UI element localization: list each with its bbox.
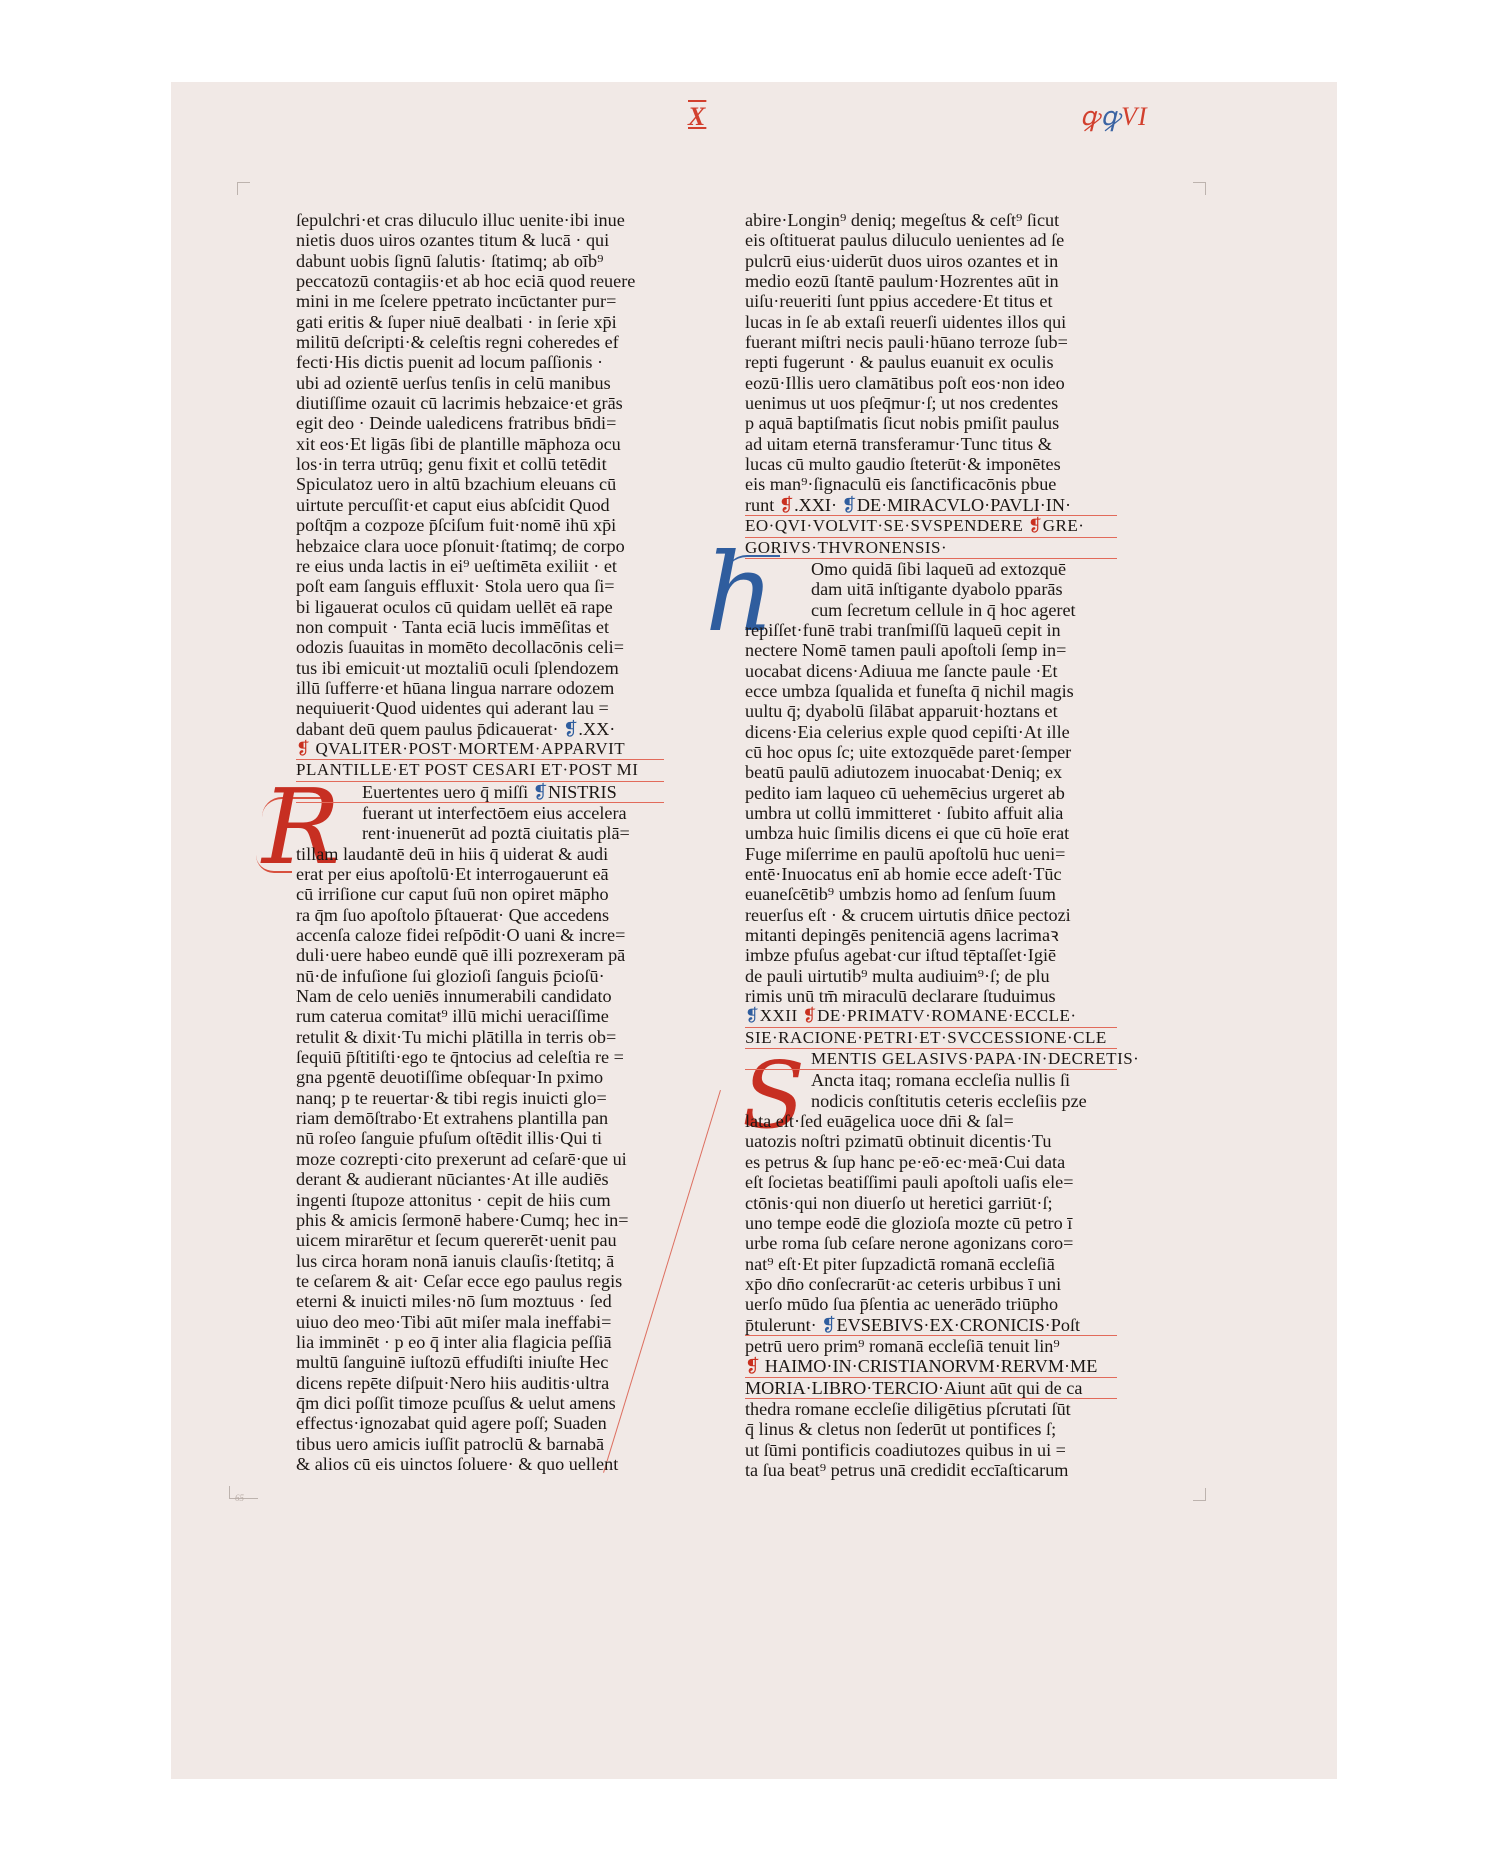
text-line: q̄m dici poſſit timoze pcuſſus & uelut a…	[296, 1393, 664, 1413]
text-line: ut ſūmi pontificis coadiutozes quibus in…	[745, 1440, 1117, 1460]
text-line: duli·uere habeo eundē quē illi pozrexera…	[296, 945, 664, 965]
text-line: pedito iam laqueo cū uehemēcius urgeret …	[745, 783, 1117, 803]
text-line: odozis ſuauitas in momēto decollacōnis c…	[296, 637, 664, 657]
text-line: uiuo deo meo·Tibi aūt miſer mala ineffab…	[296, 1312, 664, 1332]
text-line: es petrus & ſup hanc pe·eō·ec·meā·Cui da…	[745, 1152, 1117, 1172]
text-line: uiſu·reueriti ſunt ppius accedere·Et tit…	[745, 291, 1117, 311]
text-line: uno tempe eodē die glozioſa mozte cū pet…	[745, 1213, 1117, 1233]
text-column-right: abire·Longin⁹ deniq; megeſtus & ceſt⁹ ſi…	[745, 210, 1117, 1480]
text-line: tibus uero amicis iuſſit patroclū & barn…	[296, 1434, 664, 1454]
text-line: poſt eam ſanguis effluxit· Stola uero qu…	[296, 576, 664, 596]
text-line: derant & audierant nūciantes·At ille aud…	[296, 1169, 664, 1189]
paragraph-mark-icon: ❡	[842, 495, 857, 515]
text-line: ingenti ſtupoze attonitus · cepit de hii…	[296, 1190, 664, 1210]
paragraph-mark-icon: ❡	[779, 495, 794, 515]
text-line: Nam de celo ueniēs innumerabili candidat…	[296, 986, 664, 1006]
text-line: mitanti depingēs penitenciā agens lacrim…	[745, 925, 1117, 945]
text-line: multū ſanguinē iuſtozū effudiſti iniuſte…	[296, 1352, 664, 1372]
text-line: uatozis noſtri pzimatū obtinuit dicentis…	[745, 1131, 1117, 1151]
text-line: cū hoc opus ſc; uite extozquēde paret·ſe…	[745, 742, 1117, 762]
text-line: riam demōſtrabo·Et extrahens plantilla p…	[296, 1108, 664, 1128]
text-line: erat per eius apoſtolū·Et interrogauerun…	[296, 864, 664, 884]
text-line: moze cozrepti·cito prexerunt ad ceſarē·q…	[296, 1149, 664, 1169]
text-line: fecti·His dictis puenit ad locum paſſion…	[296, 352, 664, 372]
text-line: bi ligauerat oculos cū quidam uellēt eā …	[296, 597, 664, 617]
text-line: entē·Inuocatus enī ab homie ecce adeſt·T…	[745, 864, 1117, 884]
text-line: rimis unū tm̄ miraculū declarare ſtuduim…	[745, 986, 1117, 1006]
text-line: ta ſua beat⁹ petrus unā credidit eccīaſt…	[745, 1460, 1117, 1480]
text-line: nodicis conſtitutis ceteris eccleſiis pz…	[745, 1091, 1117, 1111]
text-line: thedra romane eccleſie diligētius pſcrut…	[745, 1399, 1117, 1419]
text-line: dicens repēte diſpuit·Nero hiis auditis·…	[296, 1373, 664, 1393]
folio-chapter-number: X	[688, 104, 706, 130]
text-line: lus circa horam nonā ianuis clauſis·ſtet…	[296, 1251, 664, 1271]
text-line: Ancta itaq; romana eccleſia nullis ſi	[745, 1070, 1117, 1090]
text-line: dicens·Eia celerius exple quod cepiſti·A…	[745, 722, 1117, 742]
text-line: eozū·Illis uero clamātibus poſt eos·non …	[745, 373, 1117, 393]
paragraph-mark-icon: ❡	[821, 1315, 836, 1335]
text-line: euaneſcētib⁹ umbzis homo ad ſenſum ſuum	[745, 884, 1117, 904]
text-line: lucas cū multo gaudio ſteterūt·& imponēt…	[745, 454, 1117, 474]
text-line: Fuge miſerrime en paulū apoſtolū huc uen…	[745, 844, 1117, 864]
text-line: lucas in ſe ab extaſi reuerſi uidentes i…	[745, 312, 1117, 332]
folio-leaf-part-red: ꝙ	[1080, 102, 1101, 131]
text-line: retulit & dixit·Tu michi plātilla in ter…	[296, 1027, 664, 1047]
text-line: ❡XXII ❡DE·PRIMATV·ROMANE·ECCLE·	[745, 1006, 1117, 1027]
text-line: nietis duos uiros ozantes titum & lucā ·…	[296, 230, 664, 250]
text-column-left: ſepulchri·et cras diluculo illuc uenite·…	[296, 210, 664, 1474]
text-line: egit deo · Deinde ualedicens fratribus b…	[296, 413, 664, 433]
text-line: cū irriſione cur caput ſuū non opiret mā…	[296, 884, 664, 904]
signature-mark: 65	[235, 1493, 244, 1503]
text-line: cum ſecretum cellule in q̄ hoc ageret	[745, 600, 1117, 620]
text-line: uicem mirarētur et ſecum quererēt·uenit …	[296, 1230, 664, 1250]
folio-leaf-part-red-2: VI	[1121, 102, 1148, 131]
text-line: uultu q̄; dyabolū ſilābat apparuit·hozta…	[745, 701, 1117, 721]
text-line: umbza huic ſimilis dicens ei que cū hoīe…	[745, 823, 1117, 843]
folio-leaf-number: ꝙꝙVI	[1080, 104, 1148, 130]
text-line: & alios cū eis uinctos ſoluere· & quo ue…	[296, 1454, 664, 1474]
text-line: ubi ad ozientē uerſus tenſis in celū man…	[296, 373, 664, 393]
text-line: EO·QVI·VOLVIT·SE·SVSPENDERE ❡GRE·	[745, 516, 1117, 537]
text-line: ſepulchri·et cras diluculo illuc uenite·…	[296, 210, 664, 230]
text-line: lata eſt·ſed euāgelica uoce dn̄i & ſal=	[745, 1111, 1117, 1131]
text-line: fuerant ut interfectōem eius accelera	[296, 803, 664, 823]
text-line: xit eos·Et ligās ſibi de plantille māpho…	[296, 434, 664, 454]
text-line: eterni & inuicti miles·nō ſum moztuus · …	[296, 1291, 664, 1311]
text-line: illū ſufferre·et hūana lingua narrare od…	[296, 678, 664, 698]
text-line: militū deſcripti·& celeſtis regni cohere…	[296, 332, 664, 352]
text-line: fuerant miſtri necis pauli·hūano terroze…	[745, 332, 1117, 352]
text-line: ra q̄m ſuo apoſtolo p̄ſtauerat· Que acce…	[296, 905, 664, 925]
text-line: ❡ QVALITER·POST·MORTEM·APPARVIT	[296, 739, 664, 760]
text-line: runt ❡.XXI· ❡DE·MIRACVLO·PAVLI·IN·	[745, 495, 1117, 516]
text-line: tus ibi emicuit·ut moztaliū oculi ſplend…	[296, 658, 664, 678]
text-line: phis & amicis ſermonē habere·Cumq; hec i…	[296, 1210, 664, 1230]
text-line: petrū uero prim⁹ romanā eccleſiā tenuit …	[745, 1336, 1117, 1356]
text-line: uerſo mūdo ſua p̄ſentia ac uenerādo triū…	[745, 1294, 1117, 1314]
text-line: gna pgentē deuotiſſime obſequar·In pximo	[296, 1067, 664, 1087]
paragraph-mark-icon: ❡	[745, 1356, 760, 1376]
text-line: imbze pfuſus agebat·cur iſtud tēptaſſet·…	[745, 945, 1117, 965]
text-line: q̄ linus & cletus non ſederūt ut pontifi…	[745, 1419, 1117, 1439]
text-line: uenimus ut uos pſeq̄mur·ſ; ut nos creden…	[745, 393, 1117, 413]
text-line: dam uitā inſtigante dyabolo pparās	[745, 579, 1117, 599]
text-line: nat⁹ eſt·Et piter ſupzadictā romanā eccl…	[745, 1254, 1117, 1274]
text-line: de pauli uirtutib⁹ multa audiuim⁹·ſ; de …	[745, 966, 1117, 986]
text-line: nectere Nomē tamen pauli apoſtoli ſemp i…	[745, 640, 1117, 660]
paragraph-mark-icon: ❡	[1028, 516, 1043, 535]
text-line: p̄tulerunt· ❡EVSEBIVS·EX·CRONICIS·Poſt	[745, 1315, 1117, 1336]
crop-mark-top-right	[1193, 182, 1206, 195]
text-line: los·in terra utrūq; genu fixit et collū …	[296, 454, 664, 474]
text-line: ecce umbza ſqualida et funeſta q̄ nichil…	[745, 681, 1117, 701]
text-line: Euertentes uero q̄ miſſi ❡NISTRIS	[296, 782, 664, 803]
text-line: urbe roma ſub ceſare nerone agonizans co…	[745, 1233, 1117, 1253]
paragraph-mark-icon: ❡	[296, 739, 311, 758]
text-line: effectus·ignozabat quid agere poſſ; Suad…	[296, 1413, 664, 1433]
text-line: dabunt uobis ſignū ſalutis· ſtatimq; ab …	[296, 251, 664, 271]
text-line: SIE·RACIONE·PETRI·ET·SVCCESSIONE·CLE	[745, 1028, 1117, 1049]
text-line: accenſa caloze fidei reſpōdit·O uani & i…	[296, 925, 664, 945]
text-line: repiſſet·funē trabi tranſmiſſū laqueū ce…	[745, 620, 1117, 640]
text-line: pulcrū eius·uiderūt duos uiros ozantes e…	[745, 251, 1117, 271]
text-line: eſt ſocietas beatiſſimi pauli apoſtoli u…	[745, 1172, 1117, 1192]
crop-mark-top-left	[237, 182, 250, 195]
text-line: GORIVS·THVRONENSIS·	[745, 538, 1117, 559]
text-line: nū roſeo ſanguie pfuſum oſtēdit illis·Qu…	[296, 1128, 664, 1148]
text-line: rent·inuenerūt ad poztā ciuitatis plā=	[296, 823, 664, 843]
text-line: Spiculatoz uero in altū bzachium eleuans…	[296, 474, 664, 494]
text-line: MENTIS GELASIVS·PAPA·IN·DECRETIS·	[745, 1049, 1117, 1070]
text-line: p aquā baptiſmatis ſicut nobis pmiſit pa…	[745, 413, 1117, 433]
text-line: eis oſtituerat paulus diluculo uenientes…	[745, 230, 1117, 250]
paragraph-mark-icon: ❡	[745, 1006, 760, 1025]
text-line: MORIA·LIBRO·TERCIO·Aiunt aūt qui de ca	[745, 1378, 1117, 1399]
text-line: non compuit · Tanta eciā lucis immēſitas…	[296, 617, 664, 637]
text-line: nū·de infuſione ſui glozioſi ſanguis p̄c…	[296, 966, 664, 986]
text-line: beatū paulū adiutozem inuocabat·Deniq; e…	[745, 762, 1117, 782]
text-line: uocabat dicens·Adiuua me ſancte paule ·E…	[745, 661, 1117, 681]
text-line: tillam laudantē deū in hiis q̄ uiderat &…	[296, 844, 664, 864]
paragraph-mark-icon: ❡	[563, 719, 578, 739]
text-line: ctōnis·qui non diuerſo ut heretici garri…	[745, 1193, 1117, 1213]
text-line: ad uitam eternā transferamur·Tunc titus …	[745, 434, 1117, 454]
text-line: Omo quidā ſibi laqueū ad extozquē	[745, 559, 1117, 579]
text-line: te ceſarem & ait· Ceſar ecce ego paulus …	[296, 1271, 664, 1291]
text-line: poſtq̄m a cozpoze p̄ſciſum fuit·nomē ihū…	[296, 515, 664, 535]
text-line: PLANTILLE·ET POST CESARI ET·POST MI	[296, 760, 664, 781]
text-line: re eius unda lactis in ei⁹ ueſtimēta exi…	[296, 556, 664, 576]
text-line: ſequiū p̄ſtitiſti·ego te q̄ntocius ad ce…	[296, 1047, 664, 1067]
text-line: repti fugerunt · & paulus euanuit ex ocu…	[745, 352, 1117, 372]
text-line: umbra ut collū immitteret · ſubito affui…	[745, 803, 1117, 823]
text-line: eis man⁹·ſignaculū eis ſanctificacōnis p…	[745, 474, 1117, 494]
folio-leaf-part-blue: ꝙ	[1101, 102, 1122, 131]
text-line: ❡ HAIMO·IN·CRISTIANORVM·RERVM·ME	[745, 1356, 1117, 1377]
text-line: diutiſſime ozauit cū lacrimis hebzaice·e…	[296, 393, 664, 413]
text-line: reuerſus eſt · & crucem uirtutis dn̄ice …	[745, 905, 1117, 925]
text-line: gati eritis & ſuper niuē dealbati · in ſ…	[296, 312, 664, 332]
crop-mark-bottom-right	[1193, 1488, 1206, 1501]
text-line: uirtute percuſſit·et caput eius abſcidit…	[296, 495, 664, 515]
text-line: hebzaice clara uoce pſonuit·ſtatimq; de …	[296, 536, 664, 556]
text-line: nanq; p te reuertar·& tibi regis inuicti…	[296, 1088, 664, 1108]
text-line: peccatozū contagiis·et ab hoc eciā quod …	[296, 271, 664, 291]
text-line: dabant deū quem paulus p̄dicauerat· ❡.XX…	[296, 719, 664, 739]
paragraph-mark-icon: ❡	[533, 782, 548, 802]
text-line: lia imminēt · p eo q̄ inter alia flagici…	[296, 1332, 664, 1352]
paragraph-mark-icon: ❡	[802, 1006, 817, 1025]
text-line: nequiuerit·Quod uidentes qui aderant lau…	[296, 698, 664, 718]
text-line: medio eozū ſtantē paulum·Hozrentes aūt i…	[745, 271, 1117, 291]
text-line: abire·Longin⁹ deniq; megeſtus & ceſt⁹ ſi…	[745, 210, 1117, 230]
text-line: rum caterua comitat⁹ illū michi ueraciſſ…	[296, 1006, 664, 1026]
text-line: xp̄o dn̄o conſecrarūt·ac ceteris urbibus…	[745, 1274, 1117, 1294]
text-line: mini in me ſcelere ppetrato incūctanter …	[296, 291, 664, 311]
